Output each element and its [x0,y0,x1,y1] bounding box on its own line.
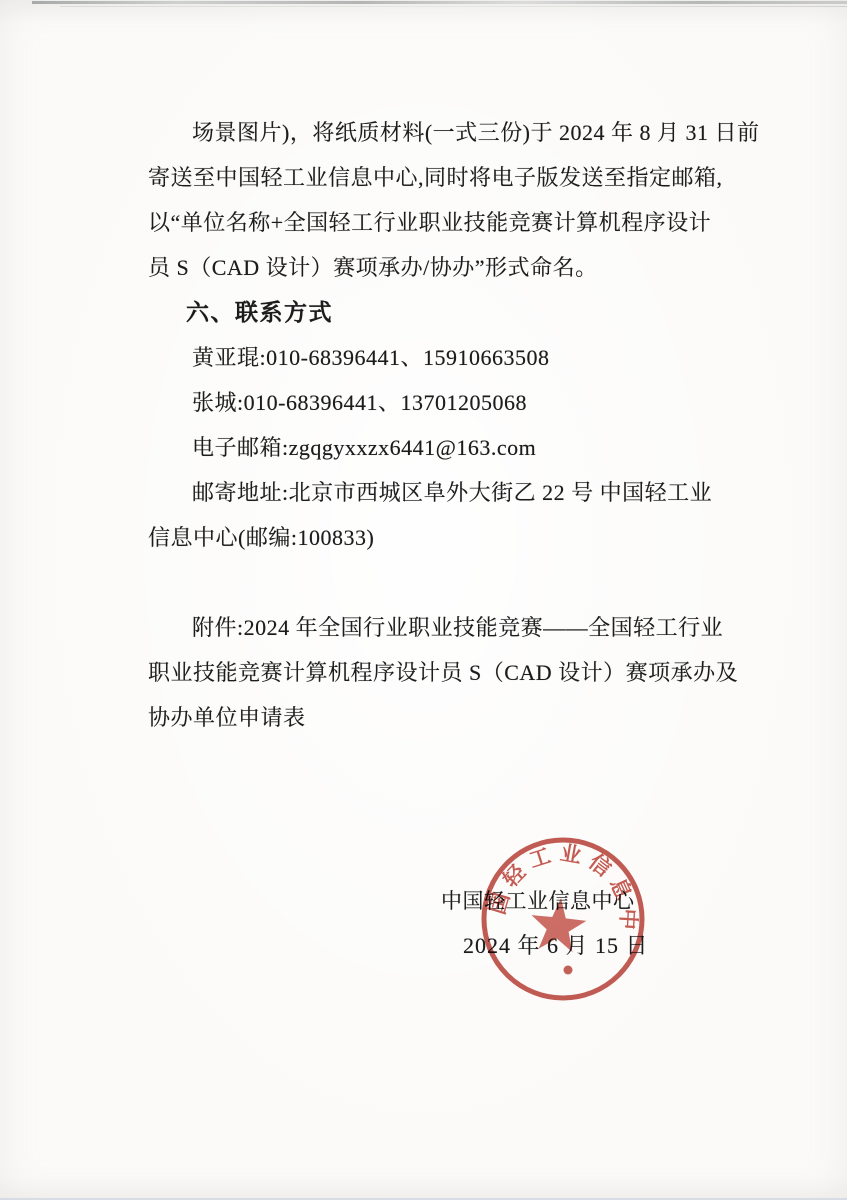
address-line-2: 信息中心(邮编:100833) [148,515,720,560]
seal-dot [564,966,573,975]
document-body: 场景图片)，将纸质材料(一式三份)于 2024 年 8 月 31 日前 寄送至中… [148,110,720,740]
body-line-4: 员 S（CAD 设计）赛项承办/协办”形式命名。 [148,245,720,290]
contact-line-1: 黄亚琨:010-68396441、15910663508 [148,335,720,380]
document-page: 场景图片)，将纸质材料(一式三份)于 2024 年 8 月 31 日前 寄送至中… [0,0,847,1200]
section-heading: 六、联系方式 [148,290,720,335]
scan-edge-artifact-top [32,1,847,4]
body-line-2: 寄送至中国轻工业信息中心,同时将电子版发送至指定邮箱, [148,155,720,200]
attachment-line-1: 附件:2024 年全国行业职业技能竞赛——全国轻工行业 [148,605,720,650]
seal-star-icon [528,895,588,953]
address-line-1: 邮寄地址:北京市西城区阜外大街乙 22 号 中国轻工业 [148,470,720,515]
attachment-line-2: 职业技能竞赛计算机程序设计员 S（CAD 设计）赛项承办及 [148,650,720,695]
body-line-1: 场景图片)，将纸质材料(一式三份)于 2024 年 8 月 31 日前 [148,110,720,155]
body-line-3: 以“单位名称+全国轻工行业职业技能竞赛计算机程序设计 [148,200,720,245]
scan-edge-artifact-top-faint [60,6,847,7]
official-seal: 中国轻工业信息中心 [455,808,671,1024]
blank-line [148,560,720,605]
attachment-line-3: 协办单位申请表 [148,695,720,740]
contact-email-line: 电子邮箱:zgqgyxxzx6441@163.com [148,425,720,470]
contact-line-2: 张城:010-68396441、13701205068 [148,380,720,425]
